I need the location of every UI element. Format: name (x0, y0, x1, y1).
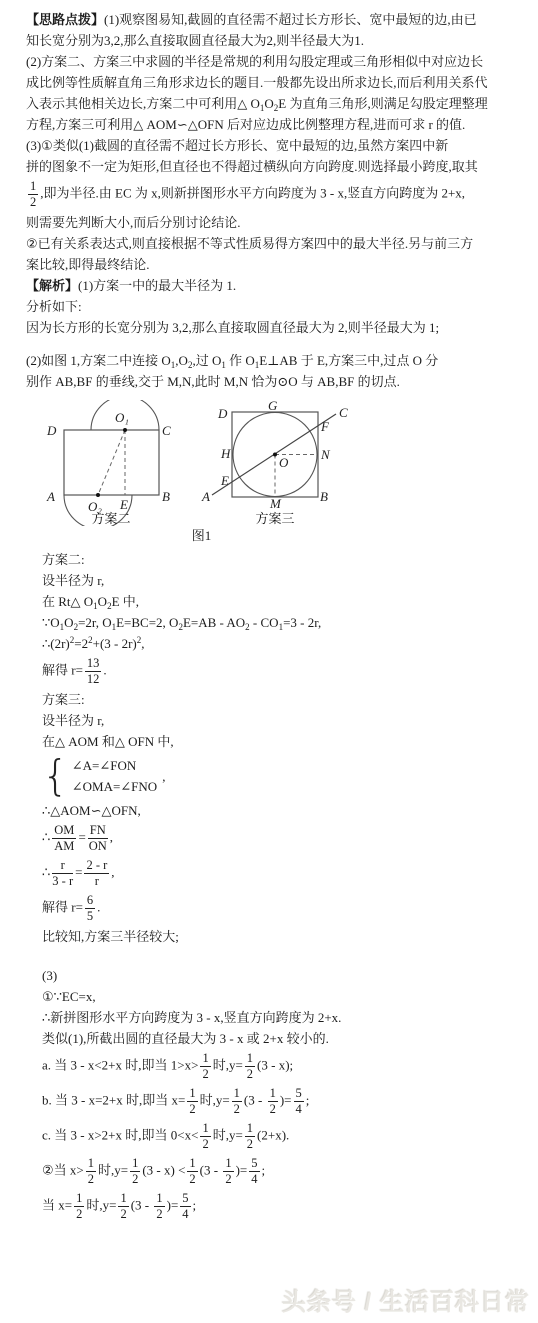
plan2-diagram: O₁ D C A B O₂ E 方案二 (34, 400, 186, 526)
spacer (26, 338, 532, 350)
equation-tail: , (162, 766, 165, 787)
text-line: 设半径为 r, (26, 570, 532, 591)
point-label-c: C (162, 423, 171, 438)
point-label-e: E (220, 473, 229, 488)
page: { "page": { "watermark": "头条号 / 生活百科日常",… (0, 0, 538, 1323)
point-label-o: O (279, 455, 289, 470)
text-line: 当 x=12时,y=12(3 - 12)=54; (26, 1189, 532, 1224)
text-line: 则需要先判断大小,而后分别讨论结论. (26, 212, 532, 233)
text-line: b. 当 3 - x=2+x 时,即当 x=12时,y=12(3 - 12)=5… (26, 1084, 532, 1119)
left-brace: { (42, 754, 69, 798)
figure-1: O₁ D C A B O₂ E 方案二 D G C F H N O E A M (34, 400, 532, 545)
equation-rows: ∠A=∠FON∠OMA=∠FNO (72, 755, 157, 797)
fraction: 12 (130, 1157, 140, 1186)
text-line: 方案二: (26, 549, 532, 570)
text-line: 拼的图象不一定为矩形,但直径也不得超过横纵向方向跨度.则选择最小跨度,取其 (26, 156, 532, 177)
text-line: a. 当 3 - x<2+x 时,即当 1>x>12时,y=12(3 - x); (26, 1049, 532, 1084)
plan2-dashed-o1-o2 (98, 430, 125, 495)
text-line: 类似(1),所截出圆的直径最大为 3 - x 或 2+x 较小的. (26, 1028, 532, 1049)
fraction: 12 (187, 1087, 197, 1116)
fraction: 12 (200, 1122, 210, 1151)
text-line: 解得 r=1312. (26, 654, 532, 689)
figure-diagrams: O₁ D C A B O₂ E 方案二 D G C F H N O E A M (34, 400, 532, 526)
fraction: 12 (28, 180, 38, 209)
text-line: ∴OMAM=FNON, (26, 821, 532, 856)
text-line: ∴△AOM∽△OFN, (26, 800, 532, 821)
text-line: (2)如图 1,方案二中连接 O1,O2,过 O1 作 O1E⊥AB 于 E,方… (26, 350, 532, 371)
fraction: r3 - r (52, 859, 73, 888)
point-label-e: E (119, 497, 128, 512)
text-line: 在△ AOM 和△ OFN 中, (26, 731, 532, 752)
point-label-f: F (320, 419, 330, 434)
fraction: 54 (180, 1192, 190, 1221)
point-label-a: A (201, 489, 210, 504)
plan3-caption: 方案三 (255, 511, 294, 526)
point-label-n: N (320, 447, 331, 462)
text-line: 【解析】(1)方案一中的最大半径为 1. (26, 275, 532, 296)
point-label-b: B (320, 489, 328, 504)
text-line: 在 Rt△ O1O2E 中, (26, 591, 532, 612)
text-line: ∴r3 - r=2 - rr, (26, 856, 532, 891)
text-line: 方案三: (26, 689, 532, 710)
fraction: 12 (232, 1087, 242, 1116)
point-label-o1: O₁ (115, 410, 129, 425)
fraction: 12 (200, 1052, 210, 1081)
fraction: 54 (294, 1087, 304, 1116)
plan3-diagram: D G C F H N O E A M B 方案三 (200, 400, 375, 526)
point-label-h: H (220, 446, 231, 461)
text-line: ∴(2r)2=22+(3 - 2r)2, (26, 633, 532, 654)
plan3-o-dot (273, 453, 277, 457)
text-line: 方程,方案三可利用△ AOM∽△OFN 后对应边成比例整理方程,进而可求 r 的… (26, 114, 532, 135)
equation-row: ∠A=∠FON (72, 755, 157, 776)
point-label-m: M (269, 496, 282, 511)
text-line: ①∵EC=x, (26, 986, 532, 1007)
text-line: ∴新拼图形水平方向跨度为 3 - x,竖直方向跨度为 2+x. (26, 1007, 532, 1028)
watermark: 头条号 / 生活百科日常 (282, 1282, 530, 1317)
fraction: 12 (245, 1052, 255, 1081)
text-line: 比较知,方案三半径较大; (26, 926, 532, 947)
text-line: 【思路点拨】(1)观察图易知,截圆的直径需不超过长方形长、宽中最短的边,由已 (26, 9, 532, 30)
equation-row: ∠OMA=∠FNO (72, 776, 157, 797)
point-label-c: C (339, 405, 348, 420)
fraction: OMAM (52, 824, 76, 853)
fraction: 65 (85, 894, 95, 923)
text-line: 知长宽分别为3,2,那么直接取圆直径最大为2,则半径最大为1. (26, 30, 532, 51)
fraction: FNON (88, 824, 108, 853)
text-line: 分析如下: (26, 296, 532, 317)
fraction: 1312 (85, 657, 102, 686)
plan2-o1-dot (123, 428, 127, 432)
text-line: 因为长方形的长宽分别为 3,2,那么直接取圆直径最大为 2,则半径最大为 1; (26, 317, 532, 338)
spacer (26, 947, 532, 965)
fraction: 12 (86, 1157, 96, 1186)
text-line: c. 当 3 - x>2+x 时,即当 0<x<12时,y=12(2+x). (26, 1119, 532, 1154)
text-line: (3)①类似(1)截圆的直径需不超过长方形长、宽中最短的边,虽然方案四中新 (26, 135, 532, 156)
text-line: 入表示其他相关边长,方案二中可利用△ O1O2E 为直角三角形,则满足勾股定理整… (26, 93, 532, 114)
fraction: 12 (187, 1157, 197, 1186)
text-line: 设半径为 r, (26, 710, 532, 731)
text-line: 别作 AB,BF 的垂线,交于 M,N,此时 M,N 恰为⊙O 与 AB,BF … (26, 371, 532, 392)
point-label-d: D (217, 406, 228, 421)
text-line: ∵O1O2=2r, O1E=BC=2, O2E=AB - AO2 - CO1=3… (26, 612, 532, 633)
text-line: ②当 x>12时,y=12(3 - x) <12(3 - 12)=54; (26, 1154, 532, 1189)
point-label-g: G (268, 400, 278, 413)
equation-system: {∠A=∠FON∠OMA=∠FNO, (26, 754, 532, 798)
point-label-d: D (46, 423, 57, 438)
fraction: 12 (118, 1192, 128, 1221)
plan2-caption: 方案二 (91, 511, 130, 526)
document-body: 【思路点拨】(1)观察图易知,截圆的直径需不超过长方形长、宽中最短的边,由已知长… (0, 0, 538, 1224)
text-line: 成比例等性质解直角三角形求边长的题目.一般都先设出所求边长,而后利用关系代 (26, 72, 532, 93)
text-line: 12,即为半径.由 EC 为 x,则新拼图形水平方向跨度为 3 - x,竖直方向… (26, 177, 532, 212)
text-line: 解得 r=65. (26, 891, 532, 926)
fraction: 12 (268, 1087, 278, 1116)
text-line: 案比较,即得最终结论. (26, 254, 532, 275)
point-label-a: A (46, 489, 55, 504)
fraction: 2 - rr (84, 859, 109, 888)
text-line: (2)方案二、方案三中求圆的半径是常规的利用勾股定理或三角形相似中对应边长 (26, 51, 532, 72)
fraction: 12 (245, 1122, 255, 1151)
point-label-b: B (162, 489, 170, 504)
fraction: 54 (249, 1157, 259, 1186)
text-line: ②已有关系表达式,则直接根据不等式性质易得方案四中的最大半径.另与前三方 (26, 233, 532, 254)
fraction: 12 (154, 1192, 164, 1221)
fraction: 12 (74, 1192, 84, 1221)
fraction: 12 (223, 1157, 233, 1186)
figure-caption: 图1 (34, 527, 369, 545)
plan2-o2-dot (96, 493, 100, 497)
text-line: (3) (26, 965, 532, 986)
